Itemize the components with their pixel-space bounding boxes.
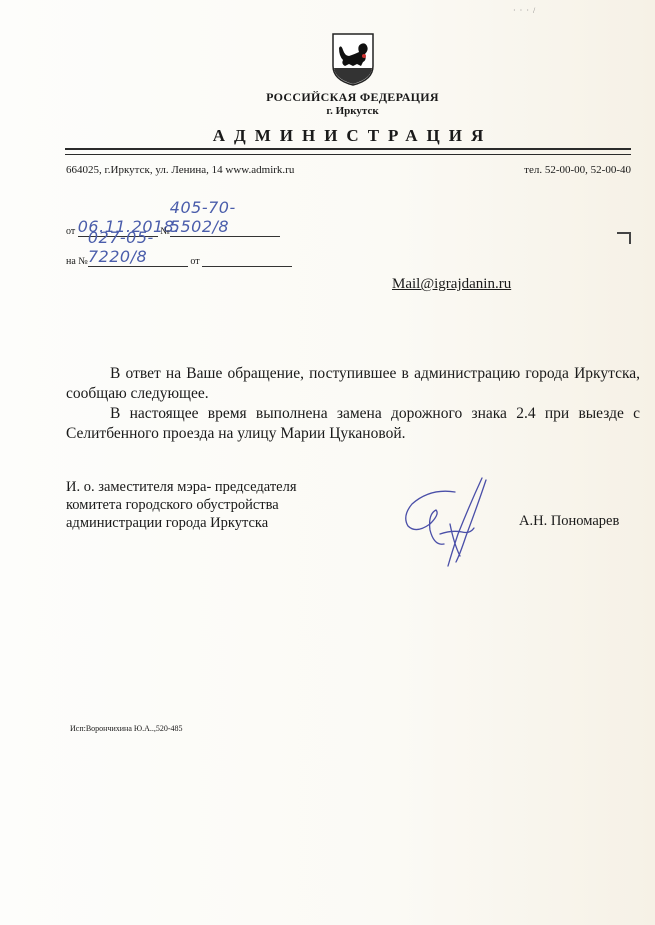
reply-to-label: на № xyxy=(66,256,88,267)
signatory-title: И. о. заместителя мэра- председателя ком… xyxy=(66,478,297,532)
header-divider xyxy=(65,148,631,155)
reply-registration: на №027-05-7220/8 от xyxy=(66,228,292,267)
recipient-email[interactable]: Mail@igrajdanin.ru xyxy=(392,276,511,293)
reply-date-label: от xyxy=(190,256,199,267)
signatory-title-line: И. о. заместителя мэра- председателя xyxy=(66,478,297,496)
body-paragraph: В ответ на Ваше обращение, поступившее в… xyxy=(66,364,640,404)
country-heading: РОССИЙСКАЯ ФЕДЕРАЦИЯ xyxy=(0,90,655,105)
signatory-title-line: администрации города Иркутска xyxy=(66,514,297,532)
signatory-title-line: комитета городского обустройства xyxy=(66,496,297,514)
letter-page: · · · / РОССИЙСКАЯ ФЕДЕРАЦИЯ г. Иркутск … xyxy=(0,0,655,925)
handwritten-signature-icon xyxy=(400,474,500,574)
city-heading: г. Иркутск xyxy=(0,105,655,117)
executor-note: Исп:Ворончихина Ю.А..,520-485 xyxy=(70,724,183,733)
address-corner-mark xyxy=(617,232,631,244)
signatory-name: А.Н. Пономарев xyxy=(519,513,619,530)
organization-heading: АДМИНИСТРАЦИЯ xyxy=(0,126,655,146)
reply-date-blank xyxy=(202,255,292,267)
body-paragraph: В настоящее время выполнена замена дорож… xyxy=(66,404,640,444)
scan-mark: · · · / xyxy=(513,6,536,15)
coat-of-arms-icon xyxy=(331,32,375,86)
phone-line: тел. 52-00-00, 52-00-40 xyxy=(524,164,631,176)
reply-number: 027-05-7220/8 xyxy=(88,228,188,267)
address-line: 664025, г.Иркутск, ул. Ленина, 14 www.ad… xyxy=(66,164,294,176)
letter-body: В ответ на Ваше обращение, поступившее в… xyxy=(66,364,640,444)
